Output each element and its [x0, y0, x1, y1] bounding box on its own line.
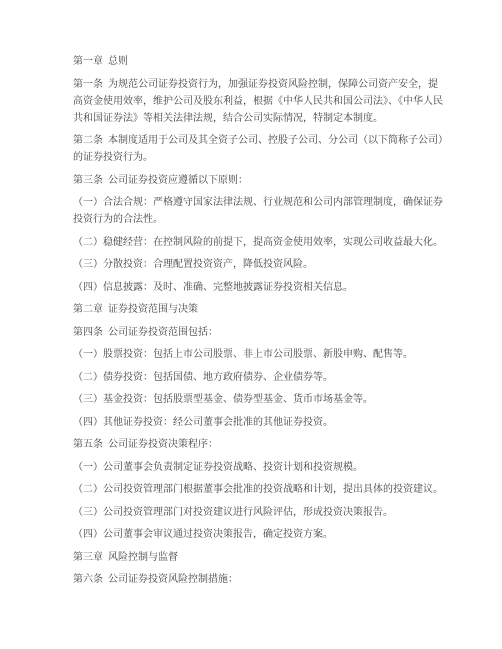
list-item-paragraph: （四）其他证券投资：经公司董事会批准的其他证券投资。: [73, 414, 445, 431]
article-paragraph: 第六条 公司证券投资风险控制措施：: [73, 571, 445, 588]
chapter-heading: 第三章 风险控制与监督: [73, 549, 445, 566]
article-paragraph: 第二条 本制度适用于公司及其全资子公司、控股子公司、分公司（以下简称子公司）的证…: [73, 132, 445, 166]
list-item-paragraph: （三）分散投资：合理配置投资资产，降低投资风险。: [73, 256, 445, 273]
article-paragraph: 第四条 公司证券投资范围包括：: [73, 324, 445, 341]
list-item-paragraph: （一）合法合规：严格遵守国家法律法规、行业规范和公司内部管理制度，确保证券投资行…: [73, 194, 445, 228]
article-paragraph: 第一条 为规范公司证券投资行为，加强证券投资风险控制，保障公司资产安全，提高资金…: [73, 76, 445, 127]
document-page: 第一章 总则 第一条 为规范公司证券投资行为，加强证券投资风险控制，保障公司资产…: [73, 53, 445, 594]
article-paragraph: 第五条 公司证券投资决策程序：: [73, 436, 445, 453]
document-screenshot: { "doc": { "language": "zh-CN", "backgro…: [0, 0, 502, 649]
article-paragraph: 第三条 公司证券投资应遵循以下原则：: [73, 172, 445, 189]
list-item-paragraph: （二）债券投资：包括国债、地方政府债券、企业债券等。: [73, 369, 445, 386]
list-item-paragraph: （四）信息披露：及时、准确、完整地披露证券投资相关信息。: [73, 279, 445, 296]
list-item-paragraph: （四）公司董事会审议通过投资决策报告，确定投资方案。: [73, 526, 445, 543]
chapter-heading: 第一章 总则: [73, 53, 445, 70]
list-item-paragraph: （三）公司投资管理部门对投资建议进行风险评估，形成投资决策报告。: [73, 504, 445, 521]
chapter-heading: 第二章 证券投资范围与决策: [73, 301, 445, 318]
list-item-paragraph: （一）公司董事会负责制定证券投资战略、投资计划和投资规模。: [73, 459, 445, 476]
list-item-paragraph: （二）公司投资管理部门根据董事会批准的投资战略和计划，提出具体的投资建议。: [73, 481, 445, 498]
list-item-paragraph: （一）股票投资：包括上市公司股票、非上市公司股票、新股申购、配售等。: [73, 346, 445, 363]
list-item-paragraph: （三）基金投资：包括股票型基金、债券型基金、货币市场基金等。: [73, 391, 445, 408]
list-item-paragraph: （二）稳健经营：在控制风险的前提下，提高资金使用效率，实现公司收益最大化。: [73, 234, 445, 251]
